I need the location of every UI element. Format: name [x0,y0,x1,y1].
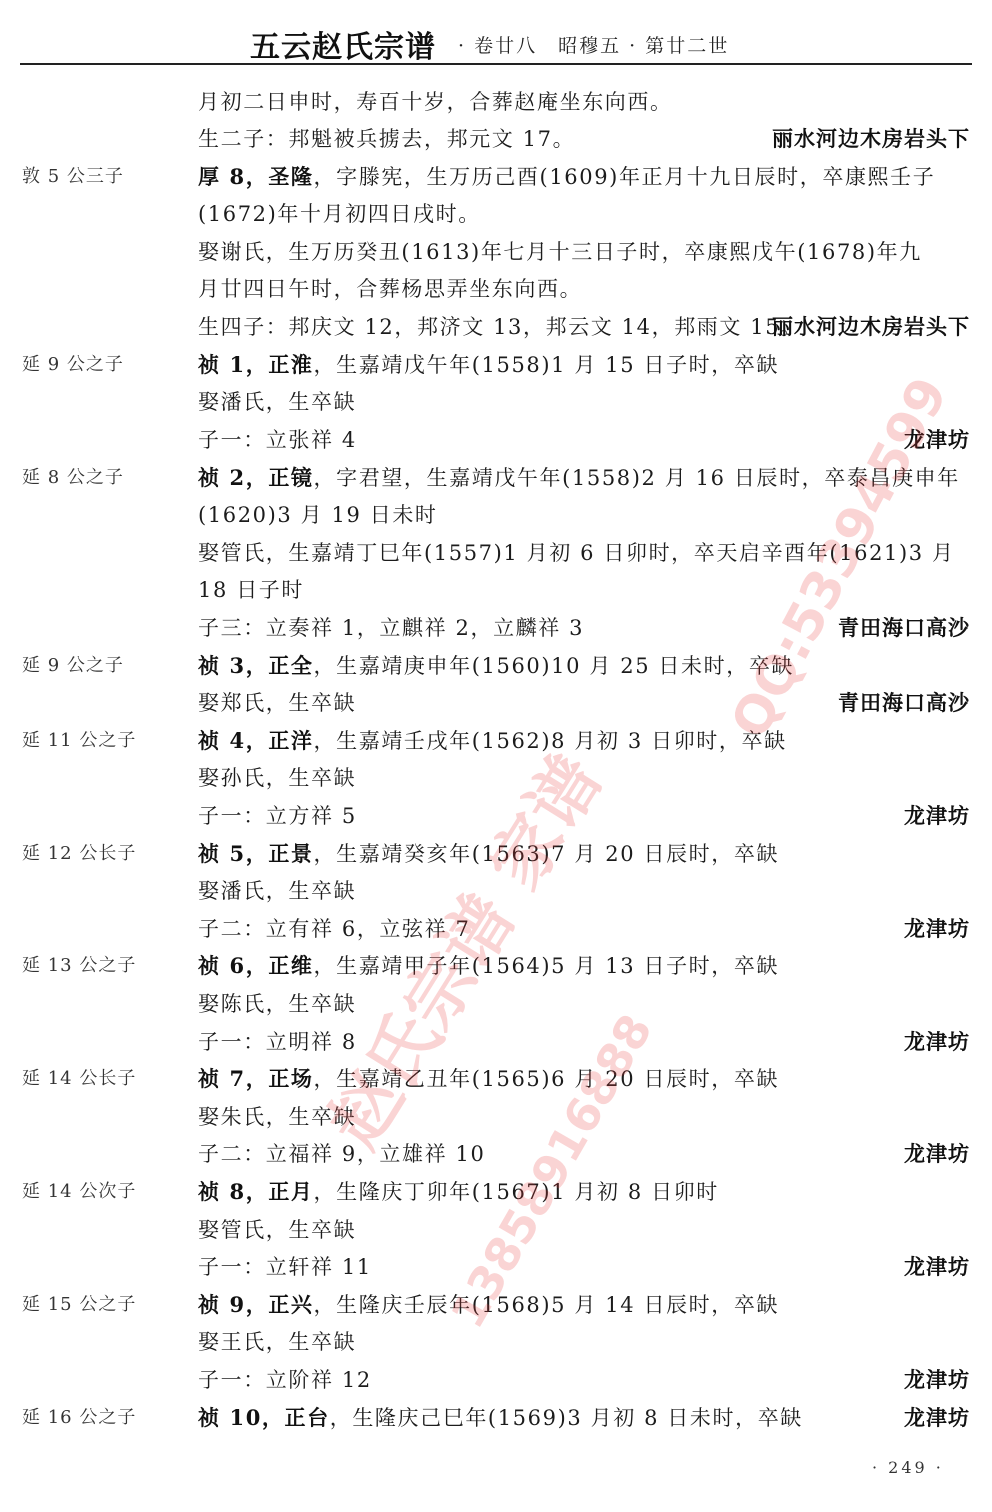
entry-text: 娶潘氏，生卒缺 [198,872,356,910]
father-label: 延 8 公之子 [22,459,124,497]
entry-text: 厚 8，圣隆，字滕宪，生万历己酉(1609)年正月十九日辰时，卒康熙壬子 [198,158,935,196]
entry-line: 娶潘氏，生卒缺 [0,383,992,421]
person-name: 祯 2，正镜 [198,465,314,490]
entry-text: 娶管氏，生卒缺 [198,1211,356,1249]
entry-line: (1672)年十月初四日戌时。 [0,195,992,233]
entry-line: 延 13 公之子祯 6，正维，生嘉靖甲子年(1564)5 月 13 日子时，卒缺 [0,947,992,985]
entry-text: 娶王氏，生卒缺 [198,1323,356,1361]
person-name: 祯 3，正全 [198,653,314,678]
entry-line: 延 15 公之子祯 9，正兴，生隆庆壬辰年(1568)5 月 14 日辰时，卒缺 [0,1286,992,1324]
entry-line: 延 16 公之子祯 10，正台，生隆庆己巳年(1569)3 月初 8 日未时，卒… [0,1399,992,1437]
entry-line: 延 11 公之子祯 4，正洋，生嘉靖壬戌年(1562)8 月初 3 日卯时，卒缺 [0,722,992,760]
entry-line: 延 14 公次子祯 8，正月，生隆庆丁卯年(1567)1 月初 8 日卯时 [0,1173,992,1211]
residence-place: 青田海口高沙 [838,684,970,722]
entry-text: 娶潘氏，生卒缺 [198,383,356,421]
entry-text: 祯 3，正全，生嘉靖庚申年(1560)10 月 25 日未时，卒缺 [198,647,794,685]
entry-detail: ，字君望，生嘉靖戊午年(1558)2 月 16 日辰时，卒泰昌庚申年 [314,466,960,490]
entry-text: (1672)年十月初四日戌时。 [198,195,481,233]
entry-detail: ，生隆庆壬辰年(1568)5 月 14 日辰时，卒缺 [314,1293,780,1317]
person-name: 祯 7，正场 [198,1066,314,1091]
entry-detail: ，字滕宪，生万历己酉(1609)年正月十九日辰时，卒康熙壬子 [314,165,936,189]
person-name: 祯 5，正景 [198,841,314,866]
entry-line: 子一：立张祥 4龙津坊 [0,421,992,459]
entry-line: 延 9 公之子祯 1，正淮，生嘉靖戊午年(1558)1 月 15 日子时，卒缺 [0,346,992,384]
entry-text: 月廿四日午时，合葬杨思弄坐东向西。 [198,270,582,308]
entry-detail: ，生嘉靖庚申年(1560)10 月 25 日未时，卒缺 [314,654,795,678]
residence-place: 龙津坊 [904,910,970,948]
residence-place: 青田海口高沙 [838,609,970,647]
entry-text: 祯 1，正淮，生嘉靖戊午年(1558)1 月 15 日子时，卒缺 [198,346,779,384]
entry-detail: ，生隆庆己巳年(1569)3 月初 8 日未时，卒缺 [330,1406,803,1430]
entry-text: 祯 5，正景，生嘉靖癸亥年(1563)7 月 20 日辰时，卒缺 [198,835,779,873]
person-name: 祯 4，正洋 [198,728,314,753]
entry-line: 延 8 公之子祯 2，正镜，字君望，生嘉靖戊午年(1558)2 月 16 日辰时… [0,459,992,497]
residence-place: 丽水河边木房岩头下 [772,120,970,158]
entry-line: 月廿四日午时，合葬杨思弄坐东向西。 [0,270,992,308]
entry-text: 祯 8，正月，生隆庆丁卯年(1567)1 月初 8 日卯时 [198,1173,719,1211]
father-label: 延 16 公之子 [22,1399,136,1437]
residence-place: 龙津坊 [904,1248,970,1286]
entry-text: 子一：立明祥 8 [198,1023,357,1061]
entry-line: 娶管氏，生嘉靖丁巳年(1557)1 月初 6 日卯时，卒天启辛酉年(1621)3… [0,534,992,572]
residence-place: 龙津坊 [904,1399,970,1437]
residence-place: 丽水河边木房岩头下 [772,308,970,346]
entry-detail: ，生嘉靖壬戌年(1562)8 月初 3 日卯时，卒缺 [314,729,787,753]
residence-place: 龙津坊 [904,797,970,835]
entry-text: 子一：立方祥 5 [198,797,357,835]
entry-line: 子一：立轩祥 11龙津坊 [0,1248,992,1286]
entry-line: 子三：立奏祥 1，立麒祥 2，立麟祥 3青田海口高沙 [0,609,992,647]
father-label: 延 14 公次子 [22,1173,136,1211]
entry-text: 祯 9，正兴，生隆庆壬辰年(1568)5 月 14 日辰时，卒缺 [198,1286,779,1324]
entry-line: 娶孙氏，生卒缺 [0,759,992,797]
father-label: 延 11 公之子 [22,722,136,760]
father-label: 延 9 公之子 [22,647,124,685]
entry-text: 娶谢氏，生万历癸丑(1613)年七月十三日子时，卒康熙戊午(1678)年九 [198,233,922,271]
entry-line: 娶郑氏，生卒缺青田海口高沙 [0,684,992,722]
father-label: 敦 5 公三子 [22,158,124,196]
entry-text: 祯 6，正维，生嘉靖甲子年(1564)5 月 13 日子时，卒缺 [198,947,779,985]
father-label: 延 9 公之子 [22,346,124,384]
entry-line: 娶朱氏，生卒缺 [0,1098,992,1136]
entry-text: 子一：立轩祥 11 [198,1248,372,1286]
person-name: 祯 1，正淮 [198,352,314,377]
entry-detail: ，生嘉靖戊午年(1558)1 月 15 日子时，卒缺 [314,353,780,377]
entry-text: 娶孙氏，生卒缺 [198,759,356,797]
person-name: 厚 8，圣隆 [198,164,314,189]
entry-detail: ，生隆庆丁卯年(1567)1 月初 8 日卯时 [314,1180,719,1204]
entry-text: 子三：立奏祥 1，立麒祥 2，立麟祥 3 [198,609,584,647]
residence-place: 龙津坊 [904,1361,970,1399]
person-name: 祯 9，正兴 [198,1292,314,1317]
entry-line: 娶陈氏，生卒缺 [0,985,992,1023]
entry-text: 子一：立阶祥 12 [198,1361,372,1399]
entry-text: 祯 4，正洋，生嘉靖壬戌年(1562)8 月初 3 日卯时，卒缺 [198,722,787,760]
page-header: 五云赵氏宗谱 · 卷廿八 昭穆五 · 第廿二世 [0,0,992,66]
father-label: 延 14 公长子 [22,1060,136,1098]
entry-text: 祯 7，正场，生嘉靖乙丑年(1565)6 月 20 日辰时，卒缺 [198,1060,779,1098]
entry-text: 生二子：邦魁被兵掳去，邦元文 17。 [198,120,575,158]
entry-text: 祯 2，正镜，字君望，生嘉靖戊午年(1558)2 月 16 日辰时，卒泰昌庚申年 [198,459,960,497]
entry-text: 子二：立有祥 6，立弦祥 7 [198,910,470,948]
book-title: 五云赵氏宗谱 [250,22,436,66]
residence-place: 龙津坊 [904,1135,970,1173]
volume-subtitle: · 卷廿八 昭穆五 · 第廿二世 [458,31,729,58]
entry-line: 生四子：邦庆文 12，邦济文 13，邦云文 14，邦雨文 15。丽水河边木房岩头… [0,308,992,346]
entry-text: 18 日子时 [198,571,304,609]
entry-text: 子二：立福祥 9，立雄祥 10 [198,1135,485,1173]
person-name: 祯 8，正月 [198,1179,314,1204]
entry-line: 娶管氏，生卒缺 [0,1211,992,1249]
entry-line: 延 12 公长子祯 5，正景，生嘉靖癸亥年(1563)7 月 20 日辰时，卒缺 [0,835,992,873]
entry-line: 娶潘氏，生卒缺 [0,872,992,910]
entry-line: 延 14 公长子祯 7，正场，生嘉靖乙丑年(1565)6 月 20 日辰时，卒缺 [0,1060,992,1098]
person-name: 祯 6，正维 [198,953,314,978]
entry-line: 娶谢氏，生万历癸丑(1613)年七月十三日子时，卒康熙戊午(1678)年九 [0,233,992,271]
entry-text: 娶郑氏，生卒缺 [198,684,356,722]
entry-line: 子二：立有祥 6，立弦祥 7龙津坊 [0,910,992,948]
entry-line: 延 9 公之子祯 3，正全，生嘉靖庚申年(1560)10 月 25 日未时，卒缺 [0,647,992,685]
entry-detail: ，生嘉靖癸亥年(1563)7 月 20 日辰时，卒缺 [314,842,780,866]
entry-line: 娶王氏，生卒缺 [0,1323,992,1361]
entry-line: 子二：立福祥 9，立雄祥 10龙津坊 [0,1135,992,1173]
person-name: 祯 10，正台 [198,1405,330,1430]
entry-line: 子一：立阶祥 12龙津坊 [0,1361,992,1399]
entry-text: 娶朱氏，生卒缺 [198,1098,356,1136]
entry-text: 娶管氏，生嘉靖丁巳年(1557)1 月初 6 日卯时，卒天启辛酉年(1621)3… [198,534,955,572]
entry-text: (1620)3 月 19 日未时 [198,496,438,534]
entry-line: 生二子：邦魁被兵掳去，邦元文 17。丽水河边木房岩头下 [0,120,992,158]
entry-line: 子一：立方祥 5龙津坊 [0,797,992,835]
entry-line: 月初二日申时，寿百十岁，合葬赵庵坐东向西。 [0,83,992,121]
father-label: 延 12 公长子 [22,835,136,873]
entry-line: (1620)3 月 19 日未时 [0,496,992,534]
entry-text: 月初二日申时，寿百十岁，合葬赵庵坐东向西。 [198,83,673,121]
entry-text: 祯 10，正台，生隆庆己巳年(1569)3 月初 8 日未时，卒缺 [198,1399,803,1437]
header-divider [20,63,972,65]
entry-line: 18 日子时 [0,571,992,609]
page-number: · 249 · [872,1458,944,1477]
entry-text: 生四子：邦庆文 12，邦济文 13，邦云文 14，邦雨文 15。 [198,308,803,346]
entry-text: 子一：立张祥 4 [198,421,357,459]
father-label: 延 15 公之子 [22,1286,136,1324]
entry-detail: ，生嘉靖甲子年(1564)5 月 13 日子时，卒缺 [314,954,780,978]
entry-line: 敦 5 公三子厚 8，圣隆，字滕宪，生万历己酉(1609)年正月十九日辰时，卒康… [0,158,992,196]
entry-line: 子一：立明祥 8龙津坊 [0,1023,992,1061]
entry-text: 娶陈氏，生卒缺 [198,985,356,1023]
father-label: 延 13 公之子 [22,947,136,985]
entry-detail: ，生嘉靖乙丑年(1565)6 月 20 日辰时，卒缺 [314,1067,780,1091]
residence-place: 龙津坊 [904,1023,970,1061]
residence-place: 龙津坊 [904,421,970,459]
